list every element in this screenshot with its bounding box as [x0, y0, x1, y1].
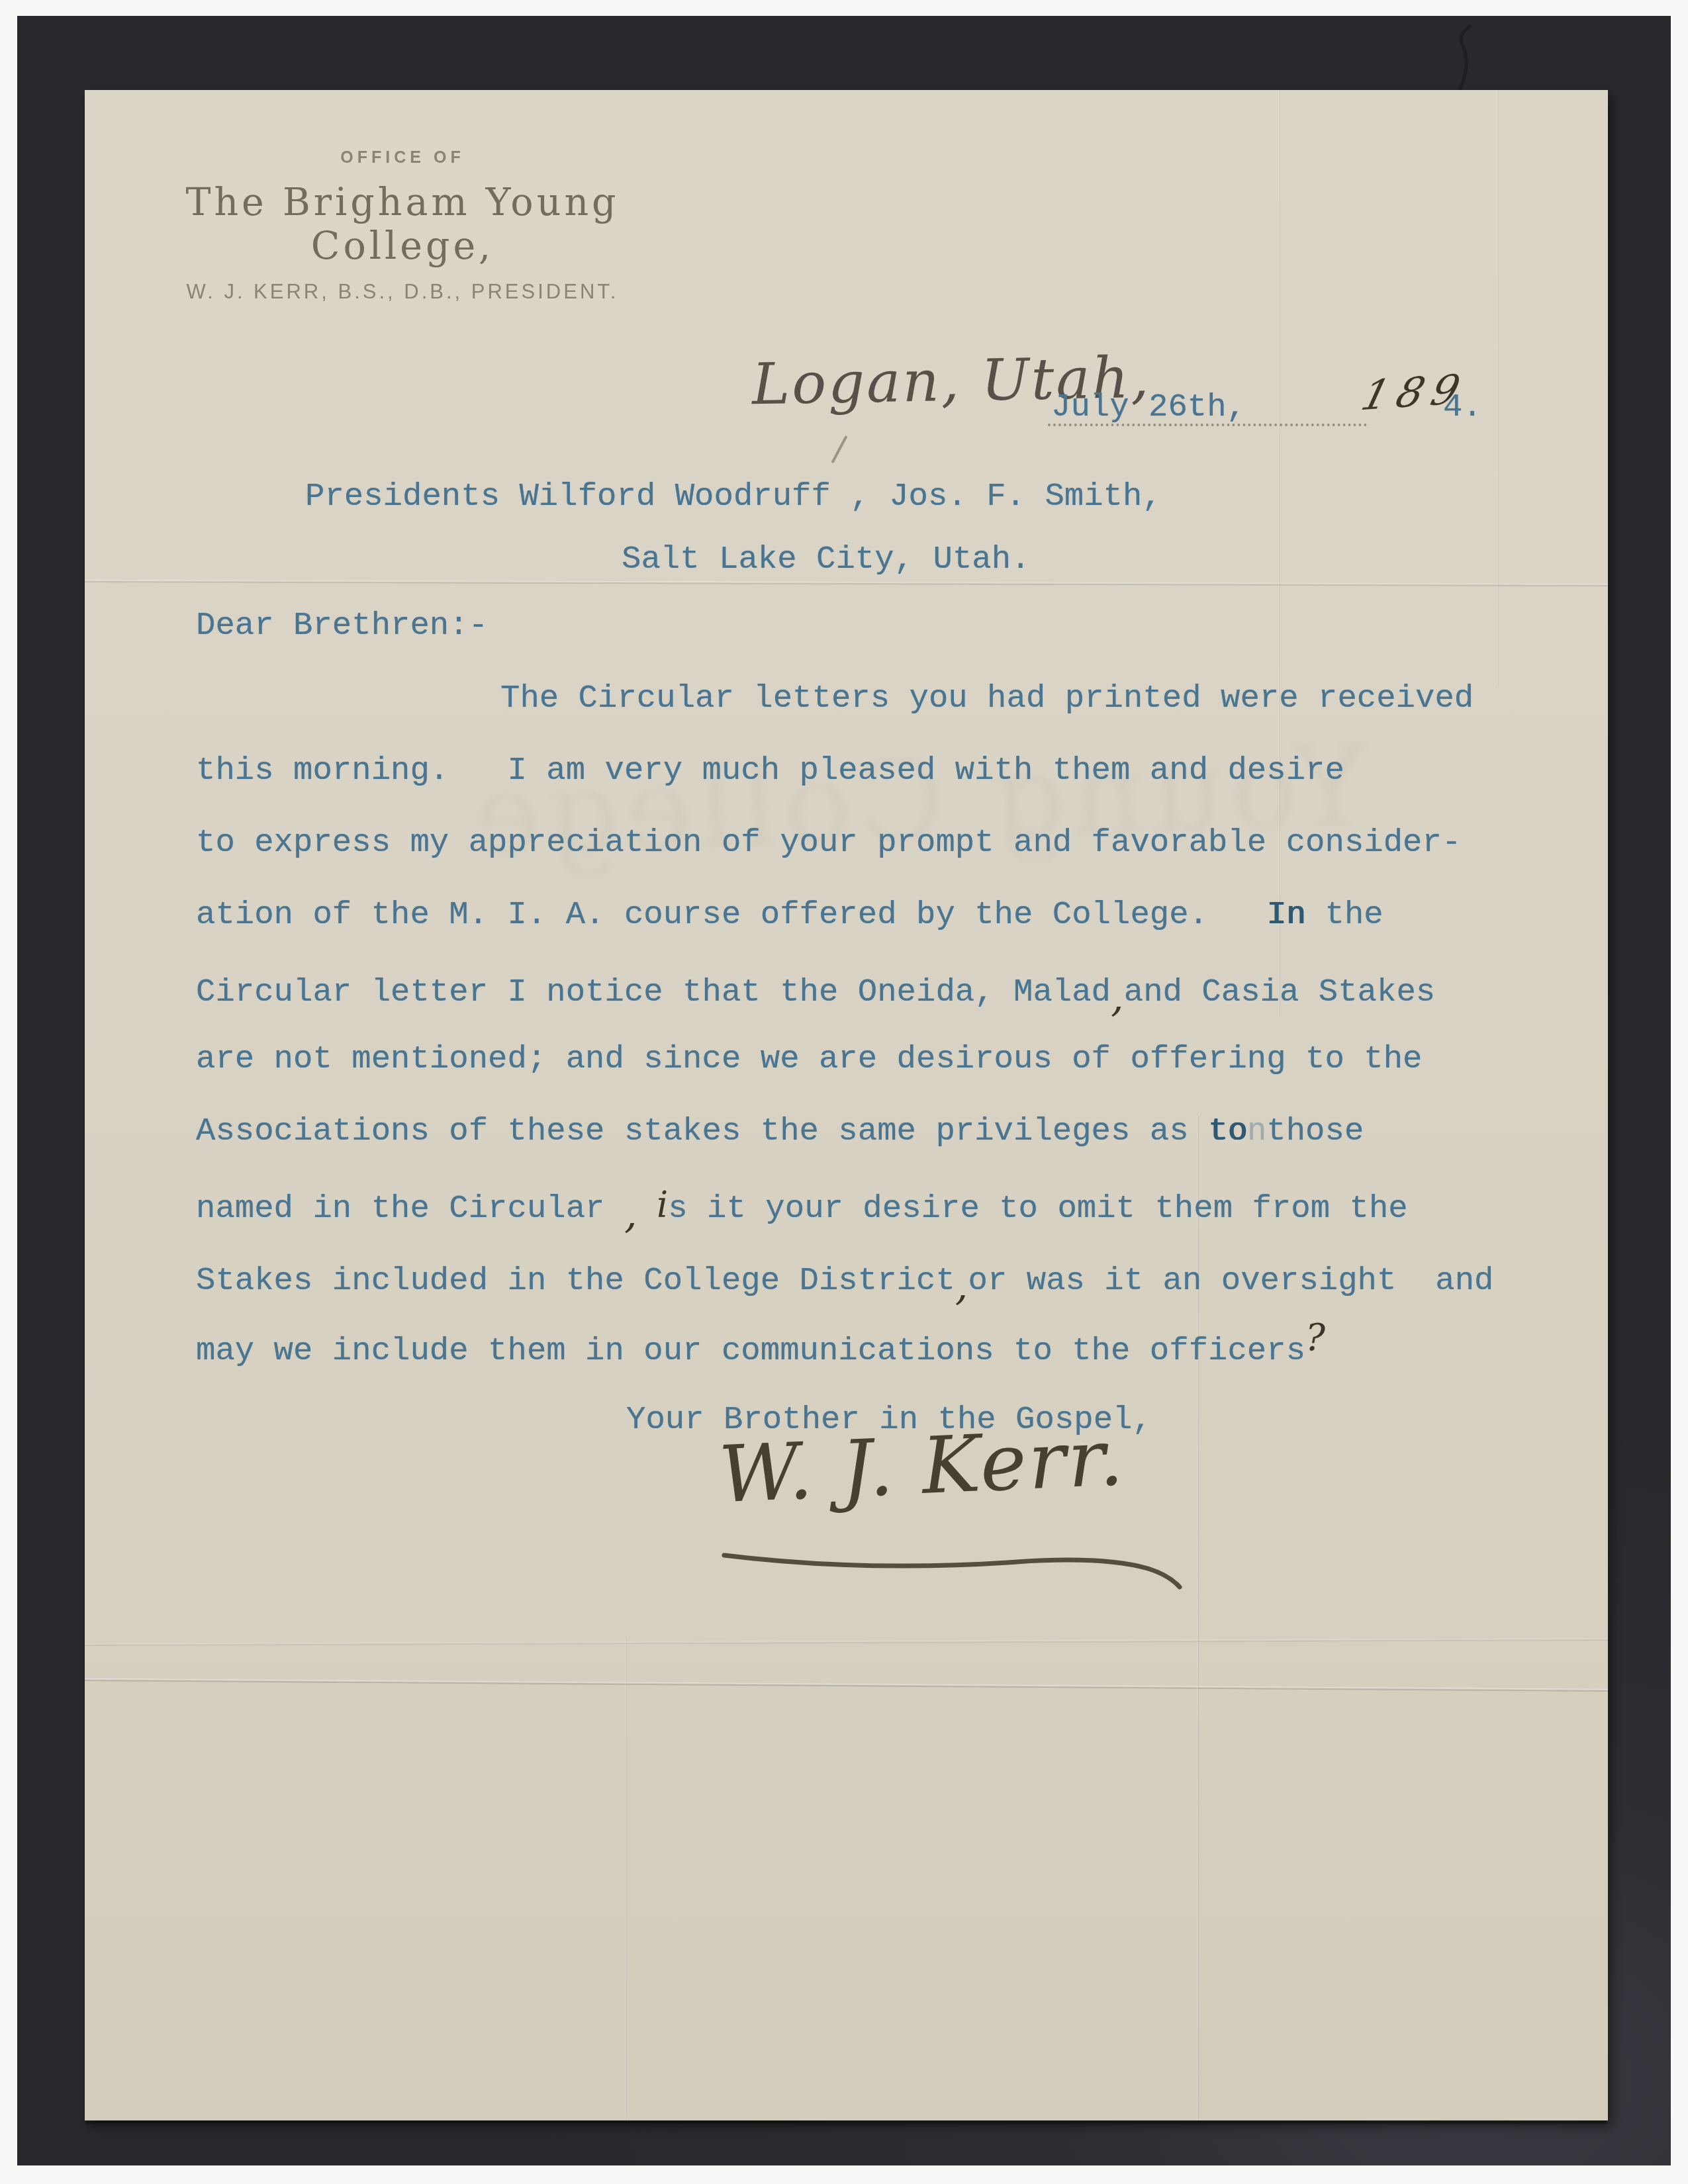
typed-text: s it your desire to omit them from the — [668, 1190, 1407, 1227]
signature-text: W. J. Kerr. — [717, 1412, 1127, 1521]
hand-annotation: , — [1111, 973, 1124, 1021]
typed-text: to express my appreciation of your promp… — [196, 824, 1461, 861]
hand-annotation: n — [1247, 1113, 1266, 1150]
typed-text: may we include them in our communication… — [196, 1332, 1305, 1369]
letterhead-president-line: W. J. KERR, B.S., D.B., PRESIDENT. — [105, 280, 700, 304]
fold-crease — [625, 1639, 627, 2120]
typed-text: ation of the M. I. A. course offered by … — [196, 896, 1266, 933]
body-line: are not mentioned; and since we are desi… — [196, 1038, 1423, 1079]
scan-background: { "letterhead": { "office_of": "OFFICE O… — [0, 0, 1688, 2184]
fold-crease — [85, 1638, 1608, 1646]
fold-crease — [1278, 90, 1280, 1017]
pencil-tick-mark — [831, 435, 847, 463]
body-line: may we include them in our communication… — [196, 1327, 1325, 1371]
typed-text: and Casia Stakes — [1124, 974, 1435, 1011]
letter-paper: Young College OFFICE OF The Brigham Youn… — [85, 90, 1608, 2120]
typed-text: Associations of these stakes the same pr… — [196, 1113, 1208, 1150]
paper-edge-curl-mark — [1440, 17, 1493, 97]
typed-text — [637, 1190, 657, 1227]
hand-annotation: In — [1266, 896, 1305, 933]
typed-text: those — [1266, 1113, 1364, 1150]
fold-crease — [1497, 90, 1499, 686]
hand-annotation: i — [657, 1184, 668, 1226]
recipient-line-1: Presidents Wilford Woodruff , Jos. F. Sm… — [305, 476, 1162, 517]
salutation: Dear Brethren:- — [196, 605, 488, 646]
typed-text: The Circular letters you had printed wer… — [500, 680, 1474, 717]
hand-annotation: to — [1208, 1113, 1247, 1150]
dateline-typed-date: July 26th, — [1051, 387, 1246, 428]
signature-underline-flourish — [706, 1538, 1209, 1598]
typed-text: named in the Circular — [196, 1190, 624, 1227]
typed-text: Stakes included in the College District — [196, 1262, 955, 1299]
hand-annotation: ? — [1305, 1316, 1325, 1359]
body-line: named in the Circular , is it your desir… — [196, 1183, 1408, 1229]
typed-text: the — [1305, 896, 1383, 933]
letterhead-office-of: OFFICE OF — [105, 148, 700, 167]
body-line: ation of the M. I. A. course offered by … — [196, 894, 1383, 935]
fold-crease — [85, 1678, 1608, 1692]
dateline-year-typed: 4. — [1443, 387, 1482, 428]
fold-crease — [85, 580, 1608, 586]
letterhead-college-name: The Brigham Young College, — [105, 181, 700, 268]
body-line: Associations of these stakes the same pr… — [196, 1111, 1364, 1152]
body-line: to express my appreciation of your promp… — [196, 822, 1461, 863]
letterhead: OFFICE OF The Brigham Young College, W. … — [105, 148, 700, 304]
body-line: Circular letter I notice that the Oneida… — [196, 966, 1435, 1013]
hand-annotation: , — [624, 1189, 637, 1238]
typed-text: are not mentioned; and since we are desi… — [196, 1040, 1423, 1077]
body-line: Stakes included in the College District,… — [196, 1255, 1493, 1301]
body-line: this morning. I am very much pleased wit… — [196, 750, 1344, 791]
hand-annotation: , — [955, 1261, 968, 1310]
scanner-mat-background: Young College OFFICE OF The Brigham Youn… — [17, 16, 1671, 2165]
typed-text: or was it an oversight and — [968, 1262, 1494, 1299]
typed-text: Circular letter I notice that the Oneida… — [196, 974, 1111, 1011]
recipient-line-2: Salt Lake City, Utah. — [622, 539, 1031, 580]
body-line: The Circular letters you had printed wer… — [196, 678, 1474, 719]
typed-text: this morning. I am very much pleased wit… — [196, 752, 1344, 789]
